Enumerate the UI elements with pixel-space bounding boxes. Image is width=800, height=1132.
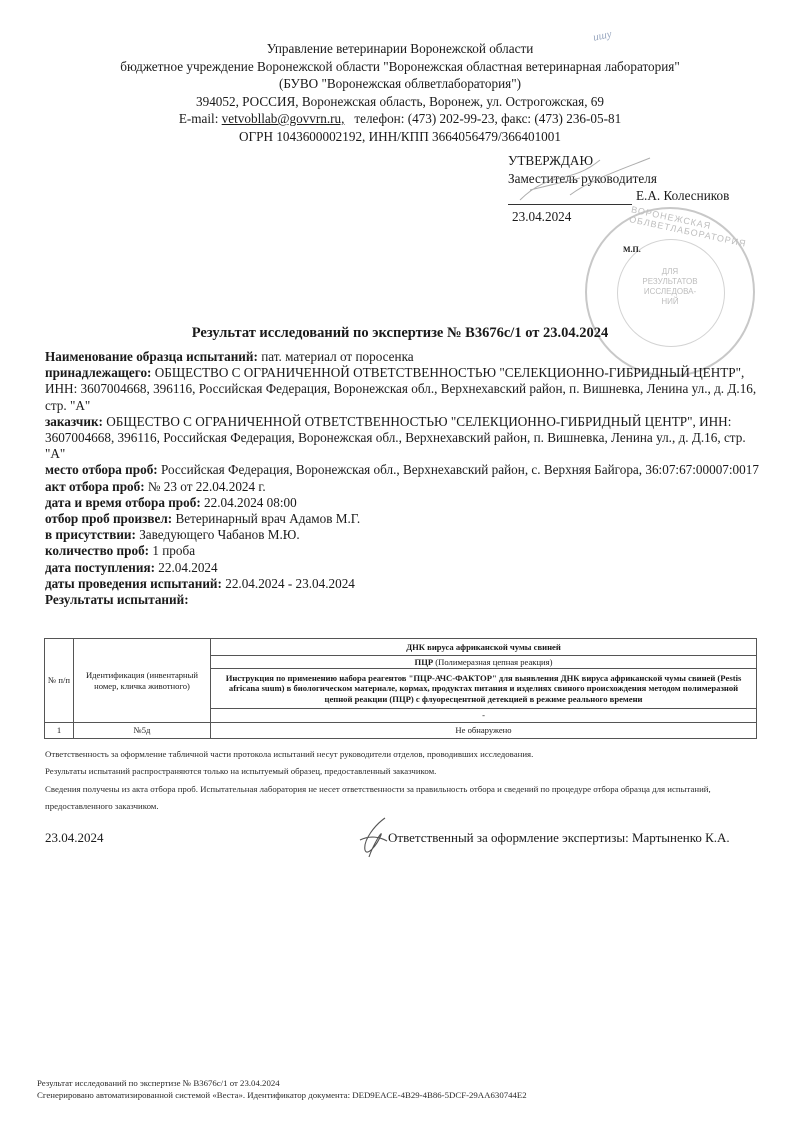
stamp-place-label: М.П. <box>623 245 641 254</box>
results-heading: Результаты испытаний: <box>45 592 760 608</box>
sample-details: Наименование образца испытаний: пат. мат… <box>45 349 760 608</box>
field-in-presence: в присутствии: Заведующего Чабанов М.Ю. <box>45 527 760 543</box>
field-receipt-date: дата поступления: 22.04.2024 <box>45 560 760 576</box>
phone-fax: телефон: (473) 202-99-23, факс: (473) 23… <box>354 111 621 126</box>
header-contacts: E-mail: vetvobllab@govvrn.ru, телефон: (… <box>0 110 800 128</box>
method-cell: ПЦР (Полимеразная цепная реакция) <box>211 656 757 669</box>
col-header-identification: Идентификация (инвентарный номер, кличка… <box>74 639 211 723</box>
field-sampled-by: отбор проб произвел: Ветеринарный врач А… <box>45 511 760 527</box>
normative-doc-cell: Инструкция по применению набора реагенто… <box>211 669 757 709</box>
field-owner: принадлежащего: ОБЩЕСТВО С ОГРАНИЧЕННОЙ … <box>45 365 760 414</box>
note-source: Сведения получены из акта отбора проб. И… <box>45 781 760 816</box>
field-sample-count: количество проб: 1 проба <box>45 543 760 559</box>
field-customer: заказчик: ОБЩЕСТВО С ОГРАНИЧЕННОЙ ОТВЕТС… <box>45 414 760 463</box>
col-header-number: № п/п <box>45 639 74 723</box>
signature-date: 23.04.2024 <box>45 830 104 846</box>
page-footer: Результат исследований по экспертизе № В… <box>37 1078 527 1101</box>
row-number: 1 <box>45 723 74 739</box>
stamp-center-text: ДЛЯ РЕЗУЛЬТАТОВ ИССЛЕДОВА- НИЙ <box>617 267 723 307</box>
footer-generated-by: Сгенерировано автоматизированной системо… <box>37 1090 527 1102</box>
header-line-institution: бюджетное учреждение Воронежской области… <box>0 58 800 76</box>
test-name-cell: ДНК вируса африканской чумы свиней <box>211 639 757 656</box>
results-table: № п/п Идентификация (инвентарный номер, … <box>44 638 757 739</box>
header-ogrn-inn: ОГРН 1043600002192, ИНН/КПП 3664056479/3… <box>0 128 800 146</box>
note-responsibility: Ответственность за оформление табличной … <box>45 746 760 763</box>
header-line-ministry: Управление ветеринарии Воронежской облас… <box>0 40 800 58</box>
norm-value-cell: - <box>211 709 757 723</box>
field-sampling-datetime: дата и время отбора проб: 22.04.2024 08:… <box>45 495 760 511</box>
field-sampling-place: место отбора проб: Российская Федерация,… <box>45 462 760 478</box>
footer-doc-ref: Результат исследований по экспертизе № В… <box>37 1078 527 1090</box>
disclaimer-notes: Ответственность за оформление табличной … <box>45 746 760 815</box>
row-result: Не обнаружено <box>211 723 757 739</box>
document-title: Результат исследований по экспертизе № В… <box>0 325 800 342</box>
email-link[interactable]: vetvobllab@govvrn.ru, <box>222 111 345 126</box>
field-test-dates: даты проведения испытаний: 22.04.2024 - … <box>45 576 760 592</box>
table-row: 1 №5д Не обнаружено <box>45 723 757 739</box>
header-line-short-name: (БУВО "Воронежская облветлаборатория") <box>0 75 800 93</box>
email-label: E-mail: <box>179 111 219 126</box>
approval-signature-icon <box>510 150 660 210</box>
field-sample-name: Наименование образца испытаний: пат. мат… <box>45 349 760 365</box>
responsible-person: Ответственный за оформление экспертизы: … <box>388 830 730 846</box>
field-sampling-act: акт отбора проб: № 23 от 22.04.2024 г. <box>45 479 760 495</box>
note-scope: Результаты испытаний распространяются то… <box>45 763 760 780</box>
row-identification: №5д <box>74 723 211 739</box>
header-line-address: 394052, РОССИЯ, Воронежская область, Вор… <box>0 93 800 111</box>
organization-header: Управление ветеринарии Воронежской облас… <box>0 40 800 145</box>
